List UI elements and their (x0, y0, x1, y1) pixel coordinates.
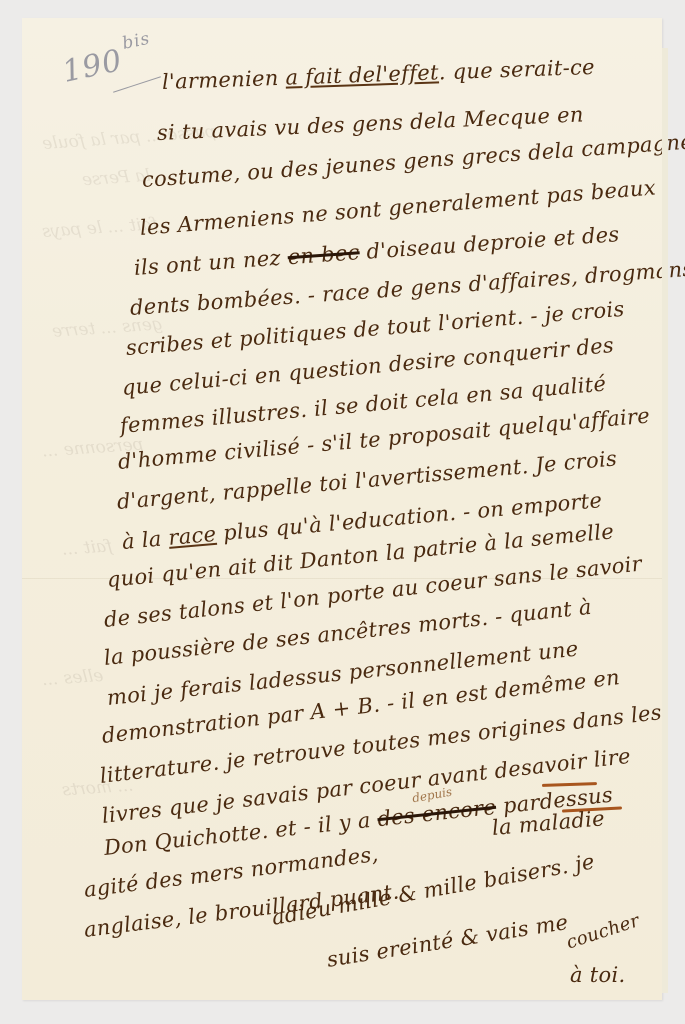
manuscript-page: passe ... par la foule la Perse fait ...… (22, 18, 662, 1000)
line-text: d'oiseau deproie et des (359, 222, 620, 264)
closing-line-3: coucher (564, 910, 642, 953)
archive-number-value: 190 (59, 43, 125, 90)
struck-text: en bec (287, 240, 361, 269)
bleed-through-text: elles ... (41, 666, 104, 690)
bleed-through-text: fait ... (61, 536, 113, 559)
signature-line: à toi. (570, 963, 625, 987)
closing-line-2: suis ereinté & vais me (325, 910, 570, 972)
line-text: . que serait-ce (438, 55, 595, 84)
line-text: ils ont un nez (133, 245, 288, 280)
underlined-text: a fait del'effet (285, 60, 439, 89)
archive-underline (113, 76, 161, 92)
struck-text: des encore (376, 795, 497, 831)
underlined-text: race (167, 522, 217, 550)
line-text: à la (121, 526, 170, 554)
letter-line-1: l'armenien a fait del'effet. que serait-… (162, 55, 596, 94)
letter-line-2: si tu avais vu des gens dela Mecque en (156, 102, 584, 145)
archive-number: 190bis (59, 37, 153, 90)
line-text: l'armenien (162, 66, 286, 94)
archive-suffix: bis (121, 29, 153, 54)
